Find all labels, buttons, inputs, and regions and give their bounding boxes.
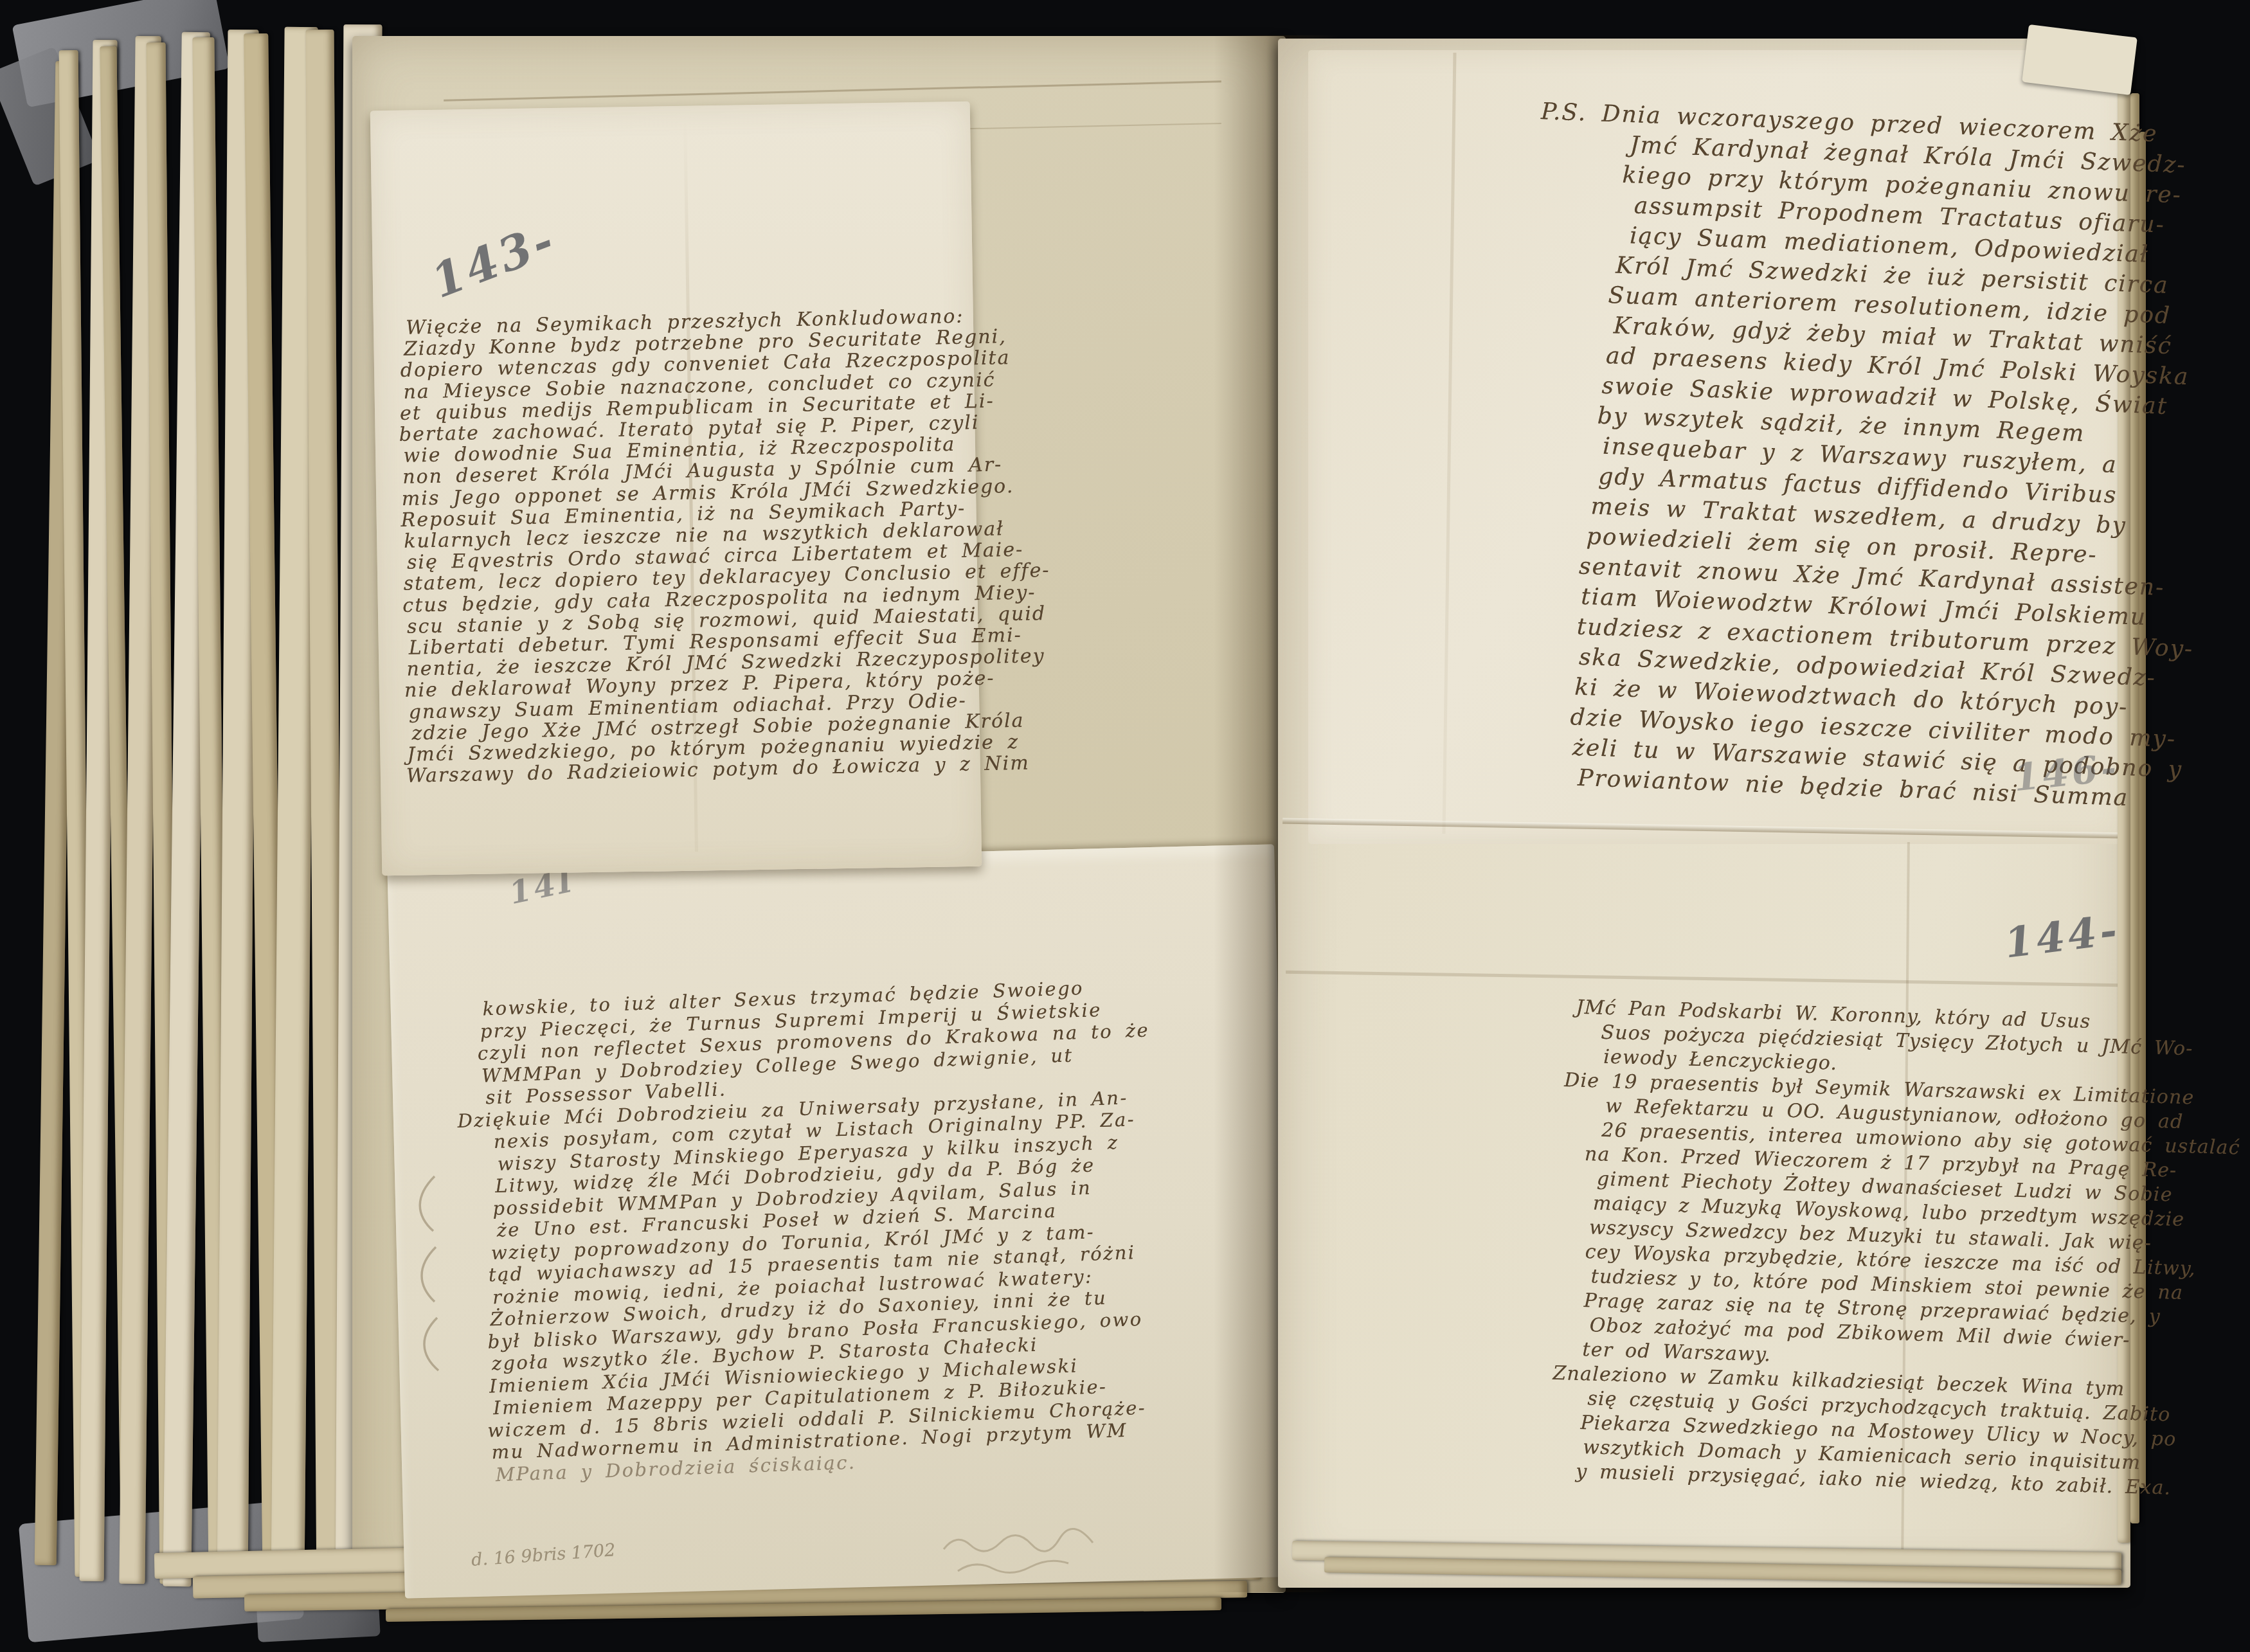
faint-scribble [939, 1523, 1209, 1581]
archive-photo: { "photo": { "background_color": "#0a0b0… [0, 0, 2250, 1652]
manuscript-block-left-upper: Więcże na Seymikach przeszłych Konkludow… [397, 303, 1088, 787]
manuscript-block-left-lower: kowskie, to iuż alter Sexus trzymać będz… [453, 973, 1203, 1486]
manuscript-block-right-ps: P.S. Dnia wczorayszego przed wieczorem X… [1516, 96, 2139, 813]
manuscript-block-right-lower: JMć Pan Podskarbi W. Koronny, który ad U… [1550, 995, 2142, 1500]
marginal-flourish [409, 1170, 454, 1376]
